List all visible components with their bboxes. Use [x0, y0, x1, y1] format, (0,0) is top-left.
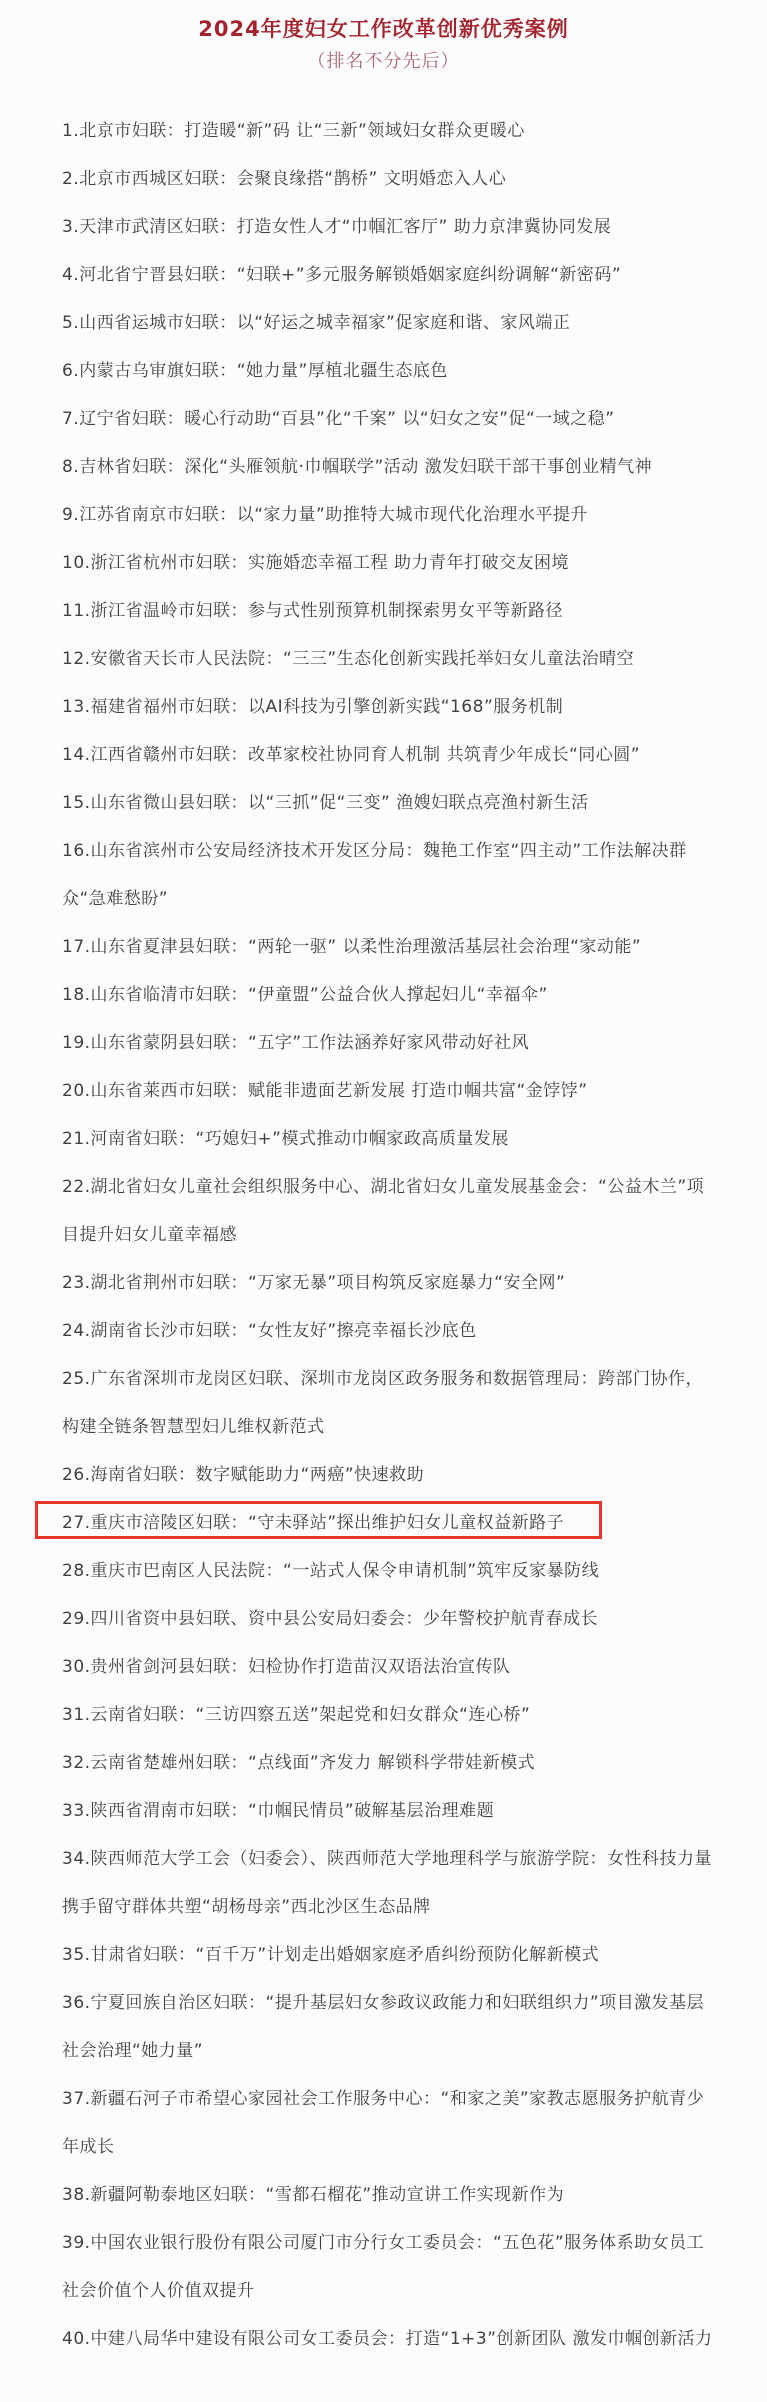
case-text: 山东省微山县妇联：以“三抓”促“三变” 渔嫂妇联点亮渔村新生活: [91, 793, 589, 813]
list-item: 21.河南省妇联：“巧媳妇+”模式推动巾帼家政高质量发展: [62, 1115, 717, 1163]
case-text: 湖北省荆州市妇联：“万家无暴”项目构筑反家庭暴力“安全网”: [91, 1273, 566, 1293]
case-text: 山西省运城市妇联：以“好运之城幸福家”促家庭和谐、家风端正: [79, 313, 570, 333]
case-number: 30.: [62, 1657, 91, 1677]
list-item: 16.山东省滨州市公安局经济技术开发区分局：魏艳工作室“四主动”工作法解决群众“…: [62, 827, 717, 923]
page-subtitle: （排名不分先后）: [0, 51, 767, 73]
list-item: 7.辽宁省妇联：暖心行动助“百县”化“千案” 以“妇女之安”促“一域之稳”: [62, 395, 717, 443]
case-text: 山东省临清市妇联：“伊童盟”公益合伙人撑起妇儿“幸福伞”: [91, 985, 548, 1005]
case-text: 云南省楚雄州妇联：“点线面”齐发力 解锁科学带娃新模式: [91, 1753, 536, 1773]
case-number: 35.: [62, 1945, 91, 1965]
list-item: 34.陕西师范大学工会（妇委会）、陕西师范大学地理科学与旅游学院：女性科技力量携…: [62, 1835, 717, 1931]
case-number: 22.: [62, 1177, 91, 1197]
list-item: 10.浙江省杭州市妇联：实施婚恋幸福工程 助力青年打破交友困境: [62, 539, 717, 587]
list-item: 27.重庆市涪陵区妇联：“守未驿站”探出维护妇女儿童权益新路子: [62, 1499, 717, 1547]
list-item: 14.江西省赣州市妇联：改革家校社协同育人机制 共筑青少年成长“同心圆”: [62, 731, 717, 779]
case-number: 3.: [62, 217, 79, 237]
case-number: 21.: [62, 1129, 91, 1149]
case-text: 云南省妇联：“三访四察五送”架起党和妇女群众“连心桥”: [91, 1705, 531, 1725]
case-number: 26.: [62, 1465, 91, 1485]
case-number: 11.: [62, 601, 91, 621]
case-number: 17.: [62, 937, 91, 957]
case-text: 天津市武清区妇联：打造女性人才“巾帼汇客厅” 助力京津冀协同发展: [79, 217, 611, 237]
case-text: 山东省蒙阴县妇联：“五字”工作法涵养好家风带动好社风: [91, 1033, 530, 1053]
case-text: 浙江省温岭市妇联：参与式性别预算机制探索男女平等新路径: [91, 601, 564, 621]
case-number: 5.: [62, 313, 79, 333]
page-title: 2024年度妇女工作改革创新优秀案例: [0, 15, 767, 43]
list-item: 26.海南省妇联：数字赋能助力“两癌”快速救助: [62, 1451, 717, 1499]
list-item: 24.湖南省长沙市妇联：“女性友好”擦亮幸福长沙底色: [62, 1307, 717, 1355]
list-item: 11.浙江省温岭市妇联：参与式性别预算机制探索男女平等新路径: [62, 587, 717, 635]
list-item: 1.北京市妇联：打造暖“新”码 让“三新”领域妇女群众更暖心: [62, 107, 717, 155]
case-text: 新疆石河子市希望心家园社会工作服务中心：“和家之美”家教志愿服务护航青少年成长: [62, 2089, 704, 2157]
case-number: 1.: [62, 121, 79, 141]
case-number: 12.: [62, 649, 91, 669]
list-item: 30.贵州省剑河县妇联：妇检协作打造苗汉双语法治宣传队: [62, 1643, 717, 1691]
case-text: 山东省夏津县妇联：“两轮一驱” 以柔性治理激活基层社会治理“家动能”: [91, 937, 642, 957]
list-item: 28.重庆市巴南区人民法院：“一站式人保令申请机制”筑牢反家暴防线: [62, 1547, 717, 1595]
list-item: 37.新疆石河子市希望心家园社会工作服务中心：“和家之美”家教志愿服务护航青少年…: [62, 2075, 717, 2171]
list-item: 8.吉林省妇联：深化“头雁领航·巾帼联学”活动 激发妇联干部干事创业精气神: [62, 443, 717, 491]
case-text: 陕西省渭南市妇联：“巾帼民情员”破解基层治理难题: [91, 1801, 495, 1821]
case-text: 宁夏回族自治区妇联：“提升基层妇女参政议政能力和妇联组织力”项目激发基层社会治理…: [62, 1993, 704, 2061]
case-number: 7.: [62, 409, 79, 429]
case-text: 辽宁省妇联：暖心行动助“百县”化“千案” 以“妇女之安”促“一域之稳”: [79, 409, 614, 429]
list-item: 36.宁夏回族自治区妇联：“提升基层妇女参政议政能力和妇联组织力”项目激发基层社…: [62, 1979, 717, 2075]
case-text: 中国农业银行股份有限公司厦门市分行女工委员会：“五色花”服务体系助女员工社会价值…: [62, 2233, 704, 2301]
case-number: 2.: [62, 169, 79, 189]
case-text: 江苏省南京市妇联：以“家力量”助推特大城市现代化治理水平提升: [79, 505, 588, 525]
case-number: 31.: [62, 1705, 91, 1725]
list-item: 17.山东省夏津县妇联：“两轮一驱” 以柔性治理激活基层社会治理“家动能”: [62, 923, 717, 971]
case-number: 34.: [62, 1849, 91, 1869]
list-item: 31.云南省妇联：“三访四察五送”架起党和妇女群众“连心桥”: [62, 1691, 717, 1739]
case-text: 浙江省杭州市妇联：实施婚恋幸福工程 助力青年打破交友困境: [91, 553, 569, 573]
list-item: 33.陕西省渭南市妇联：“巾帼民情员”破解基层治理难题: [62, 1787, 717, 1835]
case-text: 福建省福州市妇联：以AI科技为引擎创新实践“168”服务机制: [91, 697, 564, 717]
document-page: 2024年度妇女工作改革创新优秀案例 （排名不分先后） 1.北京市妇联：打造暖“…: [0, 0, 767, 2402]
case-text: 陕西师范大学工会（妇委会）、陕西师范大学地理科学与旅游学院：女性科技力量携手留守…: [62, 1849, 712, 1917]
case-text: 重庆市涪陵区妇联：“守未驿站”探出维护妇女儿童权益新路子: [91, 1513, 565, 1533]
list-item: 25.广东省深圳市龙岗区妇联、深圳市龙岗区政务服务和数据管理局：跨部门协作，构建…: [62, 1355, 717, 1451]
case-number: 38.: [62, 2185, 91, 2205]
case-number: 10.: [62, 553, 91, 573]
list-item: 35.甘肃省妇联：“百千万”计划走出婚姻家庭矛盾纠纷预防化解新模式: [62, 1931, 717, 1979]
case-text: 贵州省剑河县妇联：妇检协作打造苗汉双语法治宣传队: [91, 1657, 511, 1677]
case-number: 4.: [62, 265, 79, 285]
case-text: 江西省赣州市妇联：改革家校社协同育人机制 共筑青少年成长“同心圆”: [91, 745, 641, 765]
case-number: 14.: [62, 745, 91, 765]
case-number: 37.: [62, 2089, 91, 2109]
case-number: 32.: [62, 1753, 91, 1773]
case-text: 安徽省天长市人民法院：“三三”生态化创新实践托举妇女儿童法治晴空: [91, 649, 635, 669]
list-item: 39.中国农业银行股份有限公司厦门市分行女工委员会：“五色花”服务体系助女员工社…: [62, 2219, 717, 2315]
case-number: 8.: [62, 457, 79, 477]
case-number: 24.: [62, 1321, 91, 1341]
case-text: 湖北省妇女儿童社会组织服务中心、湖北省妇女儿童发展基金会：“公益木兰”项目提升妇…: [62, 1177, 704, 1245]
case-number: 23.: [62, 1273, 91, 1293]
case-number: 36.: [62, 1993, 91, 2013]
case-text: 河南省妇联：“巧媳妇+”模式推动巾帼家政高质量发展: [91, 1129, 509, 1149]
case-text: 甘肃省妇联：“百千万”计划走出婚姻家庭矛盾纠纷预防化解新模式: [91, 1945, 600, 1965]
list-item: 6.内蒙古乌审旗妇联：“她力量”厚植北疆生态底色: [62, 347, 717, 395]
list-item: 19.山东省蒙阴县妇联：“五字”工作法涵养好家风带动好社风: [62, 1019, 717, 1067]
list-item: 22.湖北省妇女儿童社会组织服务中心、湖北省妇女儿童发展基金会：“公益木兰”项目…: [62, 1163, 717, 1259]
case-number: 29.: [62, 1609, 91, 1629]
list-item: 2.北京市西城区妇联：会聚良缘搭“鹊桥” 文明婚恋入人心: [62, 155, 717, 203]
case-text: 北京市妇联：打造暖“新”码 让“三新”领域妇女群众更暖心: [79, 121, 525, 141]
case-text: 北京市西城区妇联：会聚良缘搭“鹊桥” 文明婚恋入人心: [79, 169, 506, 189]
list-item: 3.天津市武清区妇联：打造女性人才“巾帼汇客厅” 助力京津冀协同发展: [62, 203, 717, 251]
list-item: 13.福建省福州市妇联：以AI科技为引擎创新实践“168”服务机制: [62, 683, 717, 731]
list-item: 20.山东省莱西市妇联：赋能非遗面艺新发展 打造巾帼共富“金饽饽”: [62, 1067, 717, 1115]
case-number: 19.: [62, 1033, 91, 1053]
case-text: 海南省妇联：数字赋能助力“两癌”快速救助: [91, 1465, 425, 1485]
case-text: 中建八局华中建设有限公司女工委员会：打造“1+3”创新团队 激发巾帼创新活力: [91, 2329, 713, 2349]
case-number: 15.: [62, 793, 91, 813]
list-item: 40.中建八局华中建设有限公司女工委员会：打造“1+3”创新团队 激发巾帼创新活…: [62, 2315, 717, 2363]
case-list: 1.北京市妇联：打造暖“新”码 让“三新”领域妇女群众更暖心 2.北京市西城区妇…: [0, 107, 767, 2363]
case-text: 内蒙古乌审旗妇联：“她力量”厚植北疆生态底色: [79, 361, 448, 381]
case-text: 广东省深圳市龙岗区妇联、深圳市龙岗区政务服务和数据管理局：跨部门协作，构建全链条…: [62, 1369, 703, 1437]
case-number: 16.: [62, 841, 91, 861]
case-text: 河北省宁晋县妇联：“妇联+”多元服务解锁婚姻家庭纠纷调解“新密码”: [79, 265, 621, 285]
case-text: 重庆市巴南区人民法院：“一站式人保令申请机制”筑牢反家暴防线: [91, 1561, 600, 1581]
list-item: 12.安徽省天长市人民法院：“三三”生态化创新实践托举妇女儿童法治晴空: [62, 635, 717, 683]
case-number: 33.: [62, 1801, 91, 1821]
case-number: 6.: [62, 361, 79, 381]
list-item: 5.山西省运城市妇联：以“好运之城幸福家”促家庭和谐、家风端正: [62, 299, 717, 347]
list-item: 18.山东省临清市妇联：“伊童盟”公益合伙人撑起妇儿“幸福伞”: [62, 971, 717, 1019]
case-number: 25.: [62, 1369, 91, 1389]
case-number: 40.: [62, 2329, 91, 2349]
list-item: 32.云南省楚雄州妇联：“点线面”齐发力 解锁科学带娃新模式: [62, 1739, 717, 1787]
case-number: 27.: [62, 1513, 91, 1533]
list-item: 9.江苏省南京市妇联：以“家力量”助推特大城市现代化治理水平提升: [62, 491, 717, 539]
case-text: 湖南省长沙市妇联：“女性友好”擦亮幸福长沙底色: [91, 1321, 477, 1341]
document-header: 2024年度妇女工作改革创新优秀案例 （排名不分先后）: [0, 0, 767, 73]
case-text: 吉林省妇联：深化“头雁领航·巾帼联学”活动 激发妇联干部干事创业精气神: [79, 457, 652, 477]
case-number: 18.: [62, 985, 91, 1005]
case-number: 39.: [62, 2233, 91, 2253]
case-number: 9.: [62, 505, 79, 525]
case-number: 13.: [62, 697, 91, 717]
case-text: 山东省莱西市妇联：赋能非遗面艺新发展 打造巾帼共富“金饽饽”: [91, 1081, 588, 1101]
list-item: 15.山东省微山县妇联：以“三抓”促“三变” 渔嫂妇联点亮渔村新生活: [62, 779, 717, 827]
case-number: 28.: [62, 1561, 91, 1581]
case-number: 20.: [62, 1081, 91, 1101]
list-item: 29.四川省资中县妇联、资中县公安局妇委会：少年警校护航青春成长: [62, 1595, 717, 1643]
list-item: 23.湖北省荆州市妇联：“万家无暴”项目构筑反家庭暴力“安全网”: [62, 1259, 717, 1307]
list-item: 4.河北省宁晋县妇联：“妇联+”多元服务解锁婚姻家庭纠纷调解“新密码”: [62, 251, 717, 299]
list-item: 38.新疆阿勒泰地区妇联：“雪都石榴花”推动宣讲工作实现新作为: [62, 2171, 717, 2219]
case-text: 山东省滨州市公安局经济技术开发区分局：魏艳工作室“四主动”工作法解决群众“急难愁…: [62, 841, 687, 909]
case-text: 四川省资中县妇联、资中县公安局妇委会：少年警校护航青春成长: [91, 1609, 599, 1629]
case-text: 新疆阿勒泰地区妇联：“雪都石榴花”推动宣讲工作实现新作为: [91, 2185, 565, 2205]
